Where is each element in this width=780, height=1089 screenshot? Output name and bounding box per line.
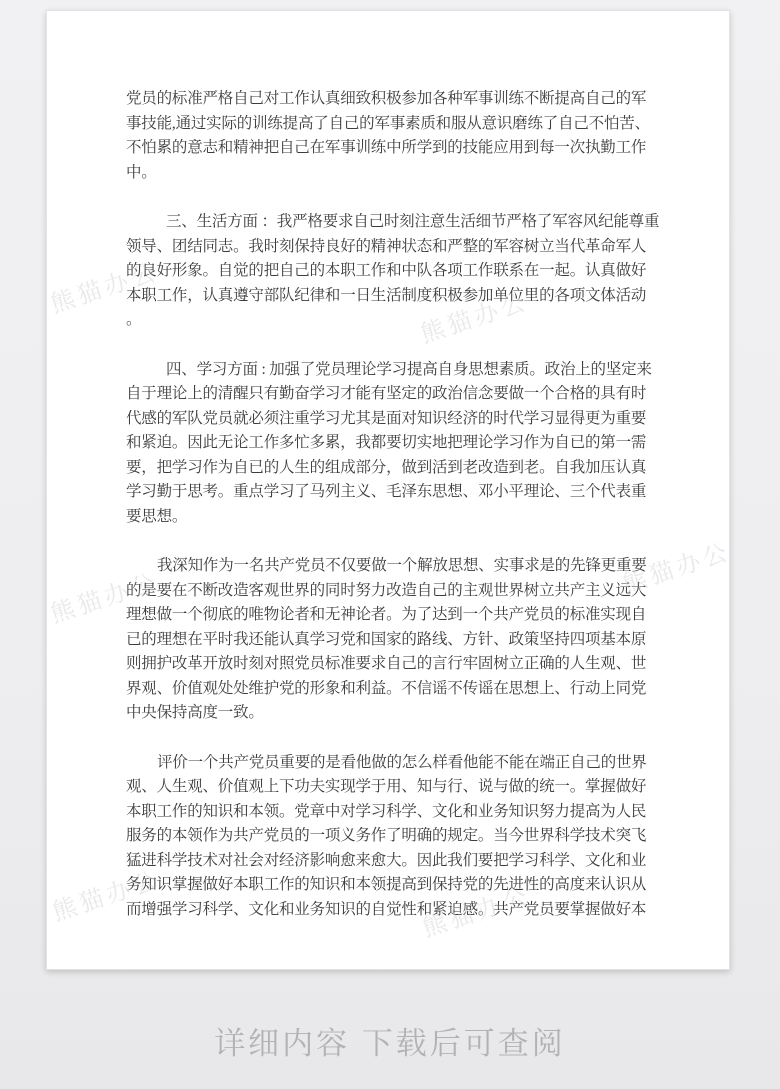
paragraph: 我深知作为一名共产党员不仅要做一个解放思想、实事求是的先锋更重要的是要在不断改造… — [126, 554, 663, 726]
text-line: 中。 — [126, 161, 663, 186]
text-line: 和紧迫。因此无论工作多忙多累，我都要切实地把理论学习作为自已的第一需 — [126, 431, 663, 456]
document-body: 党员的标准严格自己对工作认真细致积极参加各种军事训练不断提高自己的军事技能,通过… — [47, 11, 729, 969]
text-line: 党员的标准严格自己对工作认真细致积极参加各种军事训练不断提高自己的军 — [126, 87, 663, 112]
text-line: 观、人生观、价值观上下功夫实现学于用、知与行、说与做的统一。掌握做好 — [126, 775, 663, 800]
text-line: 评价一个共产党员重要的是看他做的怎么样看他能不能在端正自己的世界 — [126, 751, 663, 776]
text-line: 要思想。 — [126, 505, 663, 530]
text-line: 领导、团结同志。我时刻保持良好的精神状态和严整的军容树立当代革命军人 — [126, 235, 663, 260]
text-line: 四、学习方面 : 加强了党员理论学习提高自身思想素质。政治上的坚定来 — [126, 358, 663, 383]
text-line: 已的理想在平时我还能认真学习党和国家的路线、方针、政策坚持四项基本原 — [126, 628, 663, 653]
paragraph: 三、生活方面 ：我严格要求自己时刻注意生活细节严格了军容风纪能尊重领导、团结同志… — [126, 210, 663, 333]
paragraph: 党员的标准严格自己对工作认真细致积极参加各种军事训练不断提高自己的军事技能,通过… — [126, 87, 663, 185]
text-line: 。 — [126, 308, 663, 333]
text-line: 猛进科学技术对社会对经济影响愈来愈大。因此我们要把学习科学、文化和业 — [126, 849, 663, 874]
paragraph: 四、学习方面 : 加强了党员理论学习提高自身思想素质。政治上的坚定来自于理论上的… — [126, 358, 663, 530]
text-line: 代感的军队党员就必须注重学习尤其是面对知识经济的时代学习显得更为重要 — [126, 407, 663, 432]
text-line: 中央保持高度一致。 — [126, 701, 663, 726]
text-line: 三、生活方面 ：我严格要求自己时刻注意生活细节严格了军容风纪能尊重 — [126, 210, 663, 235]
text-line: 则拥护改革开放时刻对照党员标准要求自己的言行牢固树立正确的人生观、世 — [126, 652, 663, 677]
paragraph: 评价一个共产党员重要的是看他做的怎么样看他能不能在端正自己的世界观、人生观、价值… — [126, 751, 663, 923]
text-line: 要，把学习作为自已的人生的组成部分，做到活到老改造到老。自我加压认真 — [126, 456, 663, 481]
text-line: 务知识掌握做好本职工作的知识和本领提高到保持党的先进性的高度来认识从 — [126, 873, 663, 898]
text-line: 事技能,通过实际的训练提高了自己的军事素质和服从意识磨练了自己不怕苦、 — [126, 112, 663, 137]
text-line: 自于理论上的清醒只有勤奋学习才能有坚定的政治信念要做一个合格的具有时 — [126, 382, 663, 407]
text-line: 学习勤于思考。重点学习了马列主义、毛泽东思想、邓小平理论、三个代表重 — [126, 480, 663, 505]
text-line: 服务的本领作为共产党员的一项义务作了明确的规定。当今世界科学技术突飞 — [126, 824, 663, 849]
download-hint-caption: 详细内容 下载后可查阅 — [0, 1018, 780, 1063]
text-line: 的是要在不断改造客观世界的同时努力改造自己的主观世界树立共产主义远大 — [126, 579, 663, 604]
text-line: 理想做一个彻底的唯物论者和无神论者。为了达到一个共产党员的标准实现自 — [126, 603, 663, 628]
text-line: 的良好形象。自觉的把自己的本职工作和中队各项工作联系在一起。认真做好 — [126, 259, 663, 284]
text-line: 而增强学习科学、文化和业务知识的自觉性和紧迫感。共产党员要掌握做好本 — [126, 898, 663, 923]
text-line: 界观、价值观处处维护党的形象和利益。不信谣不传谣在思想上、行动上同党 — [126, 677, 663, 702]
text-line: 我深知作为一名共产党员不仅要做一个解放思想、实事求是的先锋更重要 — [126, 554, 663, 579]
text-line: 本职工作，认真遵守部队纪律和一日生活制度积极参加单位里的各项文体活动 — [126, 284, 663, 309]
document-page: 党员的标准严格自己对工作认真细致积极参加各种军事训练不断提高自己的军事技能,通过… — [46, 10, 730, 970]
text-line: 不怕累的意志和精神把自己在军事训练中所学到的技能应用到每一次执勤工作 — [126, 136, 663, 161]
text-line: 本职工作的知识和本领。党章中对学习科学、文化和业务知识努力提高为人民 — [126, 800, 663, 825]
